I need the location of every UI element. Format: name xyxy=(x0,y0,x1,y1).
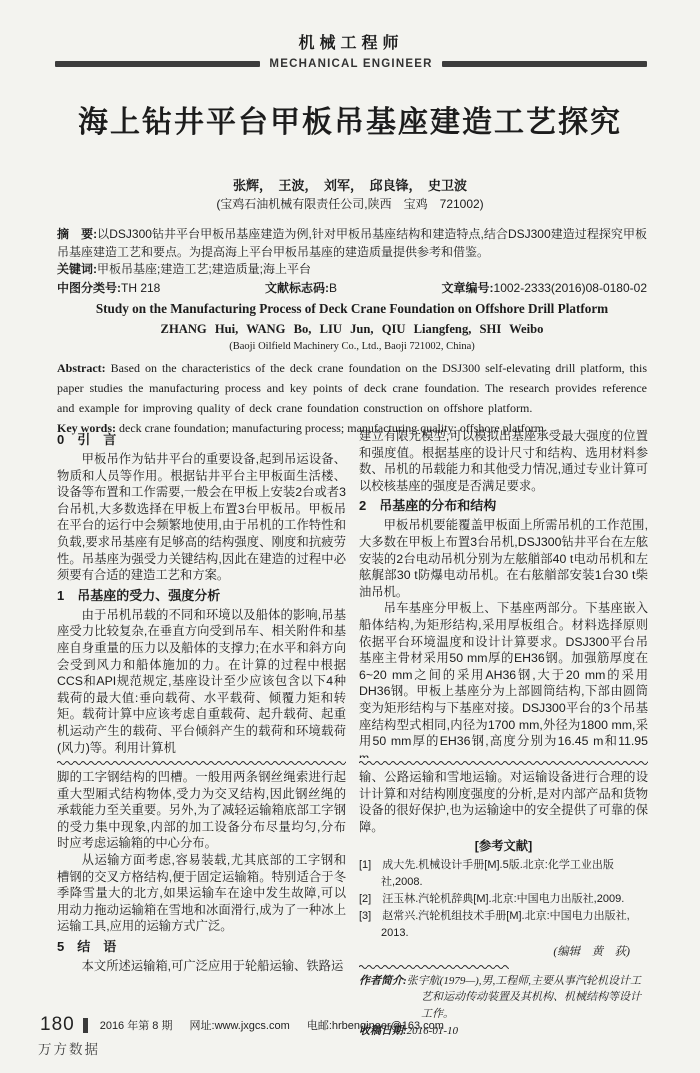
journal-title-en: MECHANICAL ENGINEER xyxy=(269,58,432,70)
wavy-separator-left xyxy=(57,759,346,766)
clc-label: 中图分类号: xyxy=(57,281,121,295)
cn-keywords-label: 关键词: xyxy=(57,262,97,276)
section-heading-2: 2 吊基座的分布和结构 xyxy=(359,497,648,515)
scanned-paper-page: 机械工程师 MECHANICAL ENGINEER 海上钻井平台甲板吊基座建造工… xyxy=(0,0,700,1073)
footer-issue: 2016 年第 8 期 xyxy=(100,1020,173,1032)
journal-title-cn: 机械工程师 xyxy=(55,30,647,53)
editor-note: (编辑 黄 荻) xyxy=(359,944,648,961)
affiliation-cn: (宝鸡石油机械有限责任公司,陕西 宝鸡 721002) xyxy=(0,195,700,212)
paragraph-conclusion: 本文所述运输箱,可广泛应用于轮船运输、铁路运 xyxy=(57,958,346,975)
masthead-bar-left xyxy=(55,61,260,67)
reference-item-3: [3] 赵常兴.汽轮机组技术手册[M].北京:中国电力出版社, 2013. xyxy=(359,908,648,942)
doc-code-label: 文献标志码: xyxy=(265,281,329,295)
cn-abstract-block: 摘 要:以DSJ300钻井平台甲板吊基座建造为例,针对甲板吊基座结构和建造特点,… xyxy=(57,226,647,297)
en-affiliation: (Baoji Oilfield Machinery Co., Ltd., Bao… xyxy=(57,341,647,352)
author-bio-text: 张宇航(1979—),男,工程师,主要从事汽轮机设计工艺和运动传动装置及其机构、… xyxy=(407,975,641,1020)
masthead-bar-right xyxy=(442,61,647,67)
footer-bar-icon xyxy=(83,1018,88,1033)
footer-issue-info: 2016 年第 8 期 网址:www.jxgcs.com 电邮:hrbengin… xyxy=(100,1017,458,1033)
footer-email: 电邮:hrbengineer@163.com xyxy=(307,1020,444,1032)
doc-code-value: B xyxy=(329,281,337,295)
paragraph-intro: 甲板吊作为钻井平台的重要设备,起到吊运设备、物质和人员等作用。根据钻井平台主甲板… xyxy=(57,451,346,584)
en-abstract-block: Study on the Manufacturing Process of De… xyxy=(57,301,647,438)
section-heading-1: 1 吊基座的受力、强度分析 xyxy=(57,587,346,605)
clc-value: TH 218 xyxy=(121,281,160,295)
en-title: Study on the Manufacturing Process of De… xyxy=(57,301,647,317)
paragraph-continued-1: 脚的工字钢结构的凹槽。一般用两条钢丝绳索进行起重大型厢式结构物体,受力为交叉结构… xyxy=(57,769,346,852)
en-authors: ZHANG Hui, WANG Bo, LIU Jun, QIU Liangfe… xyxy=(57,322,647,337)
authors-cn: 张辉， 王波， 刘军， 邱良锋， 史卫波 xyxy=(0,175,700,194)
paragraph-fem: 建立有限元模型,可以模拟出基座承受最大强度的位置和强度值。根据基座的设计尺寸和结… xyxy=(359,428,648,494)
left-column-continued: 脚的工字钢结构的凹槽。一般用两条钢丝绳索进行起重大型厢式结构物体,受力为交叉结构… xyxy=(57,757,346,975)
article-number: 文章编号:1002-2333(2016)08-0180-02 xyxy=(442,280,647,298)
page-number: 180 xyxy=(40,1014,75,1036)
reference-item-2: [2] 汪玉林.汽轮机辞典[M].北京:中国电力出版社,2009. xyxy=(359,891,648,908)
references-heading: [参考文献] xyxy=(359,838,648,855)
document-code: 文献标志码:B xyxy=(265,280,337,298)
paragraph-section1: 由于吊机吊载的不同和环境以及船体的影响,吊基座受力比较复杂,在垂直方向受到吊车、… xyxy=(57,607,346,756)
left-column-main: 0 引 言 甲板吊作为钻井平台的重要设备,起到吊运设备、物质和人员等作用。根据钻… xyxy=(57,428,346,758)
clc-number: 中图分类号:TH 218 xyxy=(57,280,160,298)
author-bio-label: 作者简介: xyxy=(359,975,407,987)
right-column-continued: 输、公路运输和雪地运输。对运输设备进行合理的设计计算和对结构刚度强度的分析,是对… xyxy=(359,757,648,1040)
paragraph-continued-3: 输、公路运输和雪地运输。对运输设备进行合理的设计计算和对结构刚度强度的分析,是对… xyxy=(359,769,648,835)
article-title: 海上钻井平台甲板吊基座建造工艺探究 xyxy=(0,97,700,141)
reference-item-1: [1] 成大先.机械设计手册[M].5版.北京:化学工业出版社,2008. xyxy=(359,857,648,891)
paragraph-continued-2: 从运输方面考虑,容易装载,尤其底部的工字钢和槽钢的交叉方格结构,便于固定运输箱。… xyxy=(57,852,346,935)
wanfang-watermark: 万方数据 xyxy=(38,1038,100,1058)
section-heading-intro: 0 引 言 xyxy=(57,431,346,449)
wavy-separator-bio xyxy=(359,963,509,970)
cn-keywords-text: 甲板吊基座;建造工艺;建造质量;海上平台 xyxy=(97,262,311,276)
page-footer: 180 2016 年第 8 期 网址:www.jxgcs.com 电邮:hrbe… xyxy=(40,1014,670,1036)
journal-masthead: 机械工程师 MECHANICAL ENGINEER xyxy=(55,30,647,70)
cn-keywords: 关键词:甲板吊基座;建造工艺;建造质量;海上平台 xyxy=(57,261,647,279)
cn-abstract: 摘 要:以DSJ300钻井平台甲板吊基座建造为例,针对甲板吊基座结构和建造特点,… xyxy=(57,226,647,261)
en-abstract: Abstract: Based on the characteristics o… xyxy=(57,358,647,418)
cn-abstract-label: 摘 要: xyxy=(57,227,97,241)
masthead-rule-row: MECHANICAL ENGINEER xyxy=(55,58,647,70)
en-abstract-text: Based on the characteristics of the deck… xyxy=(57,361,647,415)
en-abstract-label: Abstract: xyxy=(57,361,106,375)
paragraph-crane-layout: 甲板吊机要能覆盖甲板面上所需吊机的工作范围,大多数在甲板上布置3台吊机,DSJ3… xyxy=(359,517,648,600)
section-heading-5: 5 结 语 xyxy=(57,938,346,956)
right-column-main: 建立有限元模型,可以模拟出基座承受最大强度的位置和强度值。根据基座的设计尺寸和结… xyxy=(359,428,648,758)
cn-meta-row: 中图分类号:TH 218 文献标志码:B 文章编号:1002-2333(2016… xyxy=(57,280,647,298)
article-no-value: 1002-2333(2016)08-0180-02 xyxy=(494,281,647,295)
footer-website: 网址:www.jxgcs.com xyxy=(190,1020,290,1032)
paragraph-foundation-structure: 吊车基座分甲板上、下基座两部分。下基座嵌入船体结构,为矩形结构,采用厚板组合。材… xyxy=(359,600,648,758)
cn-abstract-text: 以DSJ300钻井平台甲板吊基座建造为例,针对甲板吊基座结构和建造特点,结合DS… xyxy=(57,227,647,259)
article-no-label: 文章编号: xyxy=(442,281,494,295)
wavy-separator-right xyxy=(359,759,648,766)
